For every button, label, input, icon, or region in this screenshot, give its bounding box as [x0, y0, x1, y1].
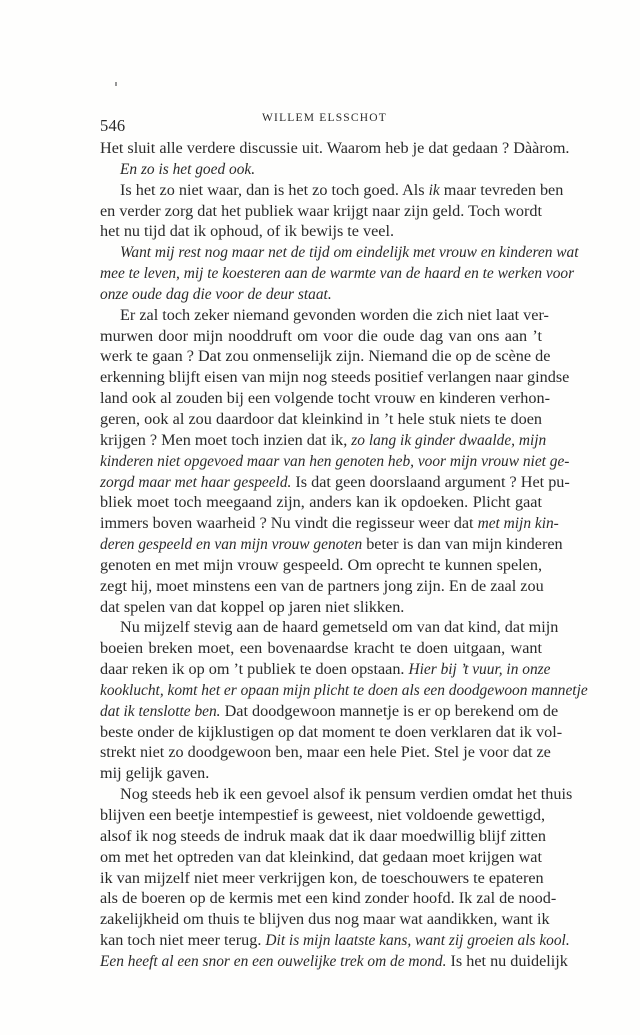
roman-text: land ook al zouden bij een volgende toch… — [100, 389, 550, 407]
roman-text: Dat doodgewoon mannetje is er op bereken… — [221, 702, 559, 720]
text-line: zakelijkheid om thuis te blijven dus nog… — [100, 909, 542, 930]
text-line: alsof ik nog steeds de indruk maak dat i… — [100, 826, 542, 847]
text-line: het nu tijd dat ik ophoud, of ik bewijs … — [100, 221, 542, 242]
italic-text: zorgd maar met haar gespeeld. — [100, 474, 291, 491]
roman-text: Nu mijzelf stevig aan de haard gemetseld… — [120, 618, 558, 636]
text-line: Nog steeds heb ik een gevoel alsof ik pe… — [100, 784, 542, 805]
text-line: Nu mijzelf stevig aan de haard gemetseld… — [100, 617, 542, 638]
text-line: daar reken ik op om ’t publiek te doen o… — [100, 659, 542, 680]
italic-text: ik — [429, 182, 440, 199]
text-line: mee te leven, mij te koesteren aan de wa… — [100, 263, 542, 284]
text-line: zorgd maar met haar gespeeld. Is dat gee… — [100, 472, 542, 493]
roman-text: mij gelijk gaven. — [100, 764, 209, 782]
italic-text: Een heeft al een snor en een ouwelijke t… — [100, 953, 446, 970]
roman-text: daar reken ik op om ’t publiek te doen o… — [100, 660, 409, 678]
roman-text: blijven een beetje intempestief is gewee… — [100, 806, 545, 824]
roman-text: geren, ook al zou daardoor dat kleinkind… — [100, 410, 542, 428]
roman-text: immers boven waarheid ? Nu vindt die reg… — [100, 514, 478, 532]
text-line: en verder zorg dat het publiek waar krij… — [100, 201, 542, 222]
roman-text: beste onder de kijklustigen op dat momen… — [100, 723, 562, 741]
text-line: Is het zo niet waar, dan is het zo toch … — [100, 180, 542, 201]
roman-text: krijgen ? Men moet toch inzien dat ik, — [100, 431, 351, 449]
roman-text: erkenning blijft eisen van mijn nog stee… — [100, 368, 569, 386]
text-line: dat spelen van dat koppel op jaren niet … — [100, 597, 542, 618]
roman-text: Nog steeds heb ik een gevoel alsof ik pe… — [120, 785, 572, 803]
roman-text: bliek moet toch meegaand zijn, anders ka… — [100, 493, 542, 511]
text-line: kan toch niet meer terug. Dit is mijn la… — [100, 930, 542, 951]
roman-text: het nu tijd dat ik ophoud, of ik bewijs … — [100, 222, 394, 240]
roman-text: Is het zo niet waar, dan is het zo toch … — [120, 181, 429, 199]
roman-text: murwen door mijn nooddruft om voor die o… — [100, 327, 542, 345]
roman-text: Is het nu duidelijk — [446, 952, 567, 970]
italic-text: dat ik tenslotte ben. — [100, 703, 221, 720]
text-line: werk te gaan ? Dat zou onmenselijk zijn.… — [100, 346, 542, 367]
text-line: om met het optreden van dat kleinkind, d… — [100, 847, 542, 868]
text-line: kooklucht, komt het er opaan mijn plicht… — [100, 680, 542, 701]
text-line: Want mij rest nog maar net de tijd om ei… — [100, 242, 542, 263]
text-line: bliek moet toch meegaand zijn, anders ka… — [100, 492, 542, 513]
roman-text: Is dat geen doorslaand argument ? Het pu… — [291, 473, 569, 491]
text-line: immers boven waarheid ? Nu vindt die reg… — [100, 513, 542, 534]
page-number: 546 — [100, 116, 125, 136]
text-line: En zo is het goed ook. — [100, 159, 542, 180]
roman-text: om met het optreden van dat kleinkind, d… — [100, 848, 542, 866]
text-line: murwen door mijn nooddruft om voor die o… — [100, 326, 542, 347]
roman-text: genoten en met mijn vrouw gespeeld. Om o… — [100, 556, 542, 574]
text-line: Er zal toch zeker niemand gevonden worde… — [100, 305, 542, 326]
roman-text: alsof ik nog steeds de indruk maak dat i… — [100, 827, 546, 845]
roman-text: strekt niet zo doodgewoon ben, maar een … — [100, 743, 551, 761]
running-head: 546 WILLEM ELSSCHOT — [100, 110, 542, 134]
text-line: genoten en met mijn vrouw gespeeld. Om o… — [100, 555, 542, 576]
scan-speck — [115, 82, 117, 86]
text-line: erkenning blijft eisen van mijn nog stee… — [100, 367, 542, 388]
body-text: Het sluit alle verdere discussie uit. Wa… — [100, 138, 542, 972]
roman-text: als de boeren op de kermis met een kind … — [100, 889, 556, 907]
roman-text: dat spelen van dat koppel op jaren niet … — [100, 598, 404, 616]
roman-text: ik van mijzelf niet meer verkrijgen kon,… — [100, 869, 544, 887]
italic-text: Want mij rest nog maar net de tijd om ei… — [120, 244, 579, 261]
text-line: zegt hij, moet minstens een van de partn… — [100, 576, 542, 597]
italic-text: deren gespeeld en van mijn vrouw genoten — [100, 536, 362, 553]
italic-text: Hier bij ’t vuur, in onze — [409, 661, 551, 678]
roman-text: kan toch niet meer terug. — [100, 931, 265, 949]
text-line: beste onder de kijklustigen op dat momen… — [100, 722, 542, 743]
text-line: als de boeren op de kermis met een kind … — [100, 888, 542, 909]
italic-text: kinderen niet opgevoed maar van hen geno… — [100, 453, 569, 470]
text-line: geren, ook al zou daardoor dat kleinkind… — [100, 409, 542, 430]
text-line: mij gelijk gaven. — [100, 763, 542, 784]
italic-text: mee te leven, mij te koesteren aan de wa… — [100, 265, 574, 282]
roman-text: beter is dan van mijn kinderen — [362, 535, 563, 553]
text-line: deren gespeeld en van mijn vrouw genoten… — [100, 534, 542, 555]
text-line: kinderen niet opgevoed maar van hen geno… — [100, 451, 542, 472]
italic-text: onze oude dag die voor de deur staat. — [100, 286, 332, 303]
text-line: onze oude dag die voor de deur staat. — [100, 284, 542, 305]
text-line: ik van mijzelf niet meer verkrijgen kon,… — [100, 868, 542, 889]
roman-text: boeien breken moet, een bovenaardse krac… — [100, 639, 542, 657]
roman-text: werk te gaan ? Dat zou onmenselijk zijn.… — [100, 347, 550, 365]
italic-text: Dit is mijn laatste kans, want zij groei… — [265, 932, 569, 949]
text-line: land ook al zouden bij een volgende toch… — [100, 388, 542, 409]
text-line: Het sluit alle verdere discussie uit. Wa… — [100, 138, 542, 159]
text-line: krijgen ? Men moet toch inzien dat ik, z… — [100, 430, 542, 451]
text-line: blijven een beetje intempestief is gewee… — [100, 805, 542, 826]
text-line: strekt niet zo doodgewoon ben, maar een … — [100, 742, 542, 763]
italic-text: met mijn kin- — [478, 515, 559, 532]
italic-text: zo lang ik ginder dwaalde, mijn — [351, 432, 546, 449]
book-page: 546 WILLEM ELSSCHOT Het sluit alle verde… — [100, 110, 542, 972]
running-title: WILLEM ELSSCHOT — [262, 112, 387, 124]
roman-text: zakelijkheid om thuis te blijven dus nog… — [100, 910, 550, 928]
text-line: boeien breken moet, een bovenaardse krac… — [100, 638, 542, 659]
roman-text: zegt hij, moet minstens een van de partn… — [100, 577, 544, 595]
italic-text: kooklucht, komt het er opaan mijn plicht… — [100, 682, 588, 699]
roman-text: en verder zorg dat het publiek waar krij… — [100, 202, 542, 220]
roman-text: maar tevreden ben — [440, 181, 564, 199]
roman-text: Er zal toch zeker niemand gevonden worde… — [120, 306, 549, 324]
roman-text: Het sluit alle verdere discussie uit. Wa… — [100, 139, 569, 157]
text-line: dat ik tenslotte ben. Dat doodgewoon man… — [100, 701, 542, 722]
text-line: Een heeft al een snor en een ouwelijke t… — [100, 951, 542, 972]
italic-text: En zo is het goed ook. — [120, 161, 255, 178]
